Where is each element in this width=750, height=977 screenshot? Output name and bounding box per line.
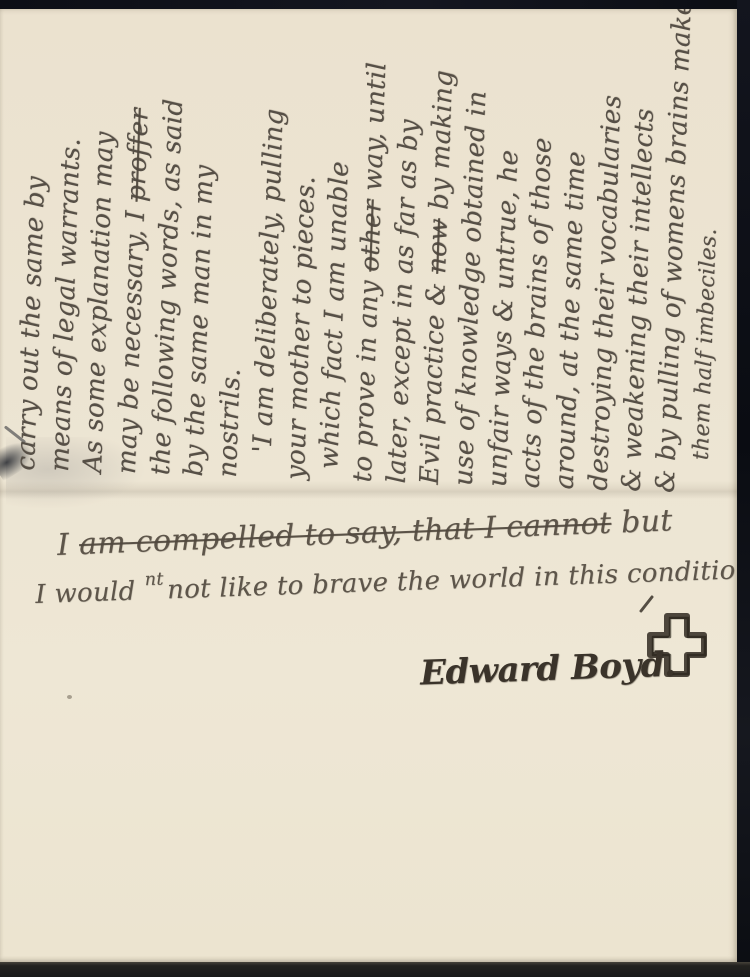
strikethrough-text: am compelled to say, that I cannot bbox=[78, 506, 612, 562]
strikethrough-text: other bbox=[355, 199, 388, 272]
handwriting-text: I bbox=[56, 527, 79, 563]
handwriting-text: Evil practice & bbox=[415, 273, 452, 485]
handwriting-text: way, until bbox=[358, 61, 393, 200]
paper-speck bbox=[67, 695, 72, 699]
handwriting-text: nostrils. bbox=[213, 368, 247, 479]
scan-dark-edge-top bbox=[0, 0, 750, 9]
handwriting-text: by making bbox=[424, 69, 459, 218]
handwriting-text: but bbox=[611, 503, 674, 540]
signature-text: Edward Boyd. bbox=[419, 645, 676, 694]
inserted-word-above-line: nt bbox=[144, 570, 164, 591]
handwriting-text: to prove in any bbox=[348, 271, 385, 483]
rotated-handwriting-block: carry out the same bymeans of legal warr… bbox=[10, 18, 733, 494]
scan-dark-edge-right bbox=[737, 0, 750, 977]
handwriting-text: them half imbeciles. bbox=[689, 228, 722, 461]
scanned-letter: carry out the same bymeans of legal warr… bbox=[0, 0, 750, 977]
strikethrough-text: proffer bbox=[122, 107, 155, 202]
scan-dark-edge-bottom bbox=[0, 962, 750, 977]
handwriting-text: I would bbox=[35, 576, 145, 610]
closing-lines-block: I am compelled to say, that I cannot but… bbox=[36, 523, 736, 615]
strikethrough-text: now bbox=[422, 218, 454, 275]
letter-paper: carry out the same bymeans of legal warr… bbox=[0, 9, 737, 962]
